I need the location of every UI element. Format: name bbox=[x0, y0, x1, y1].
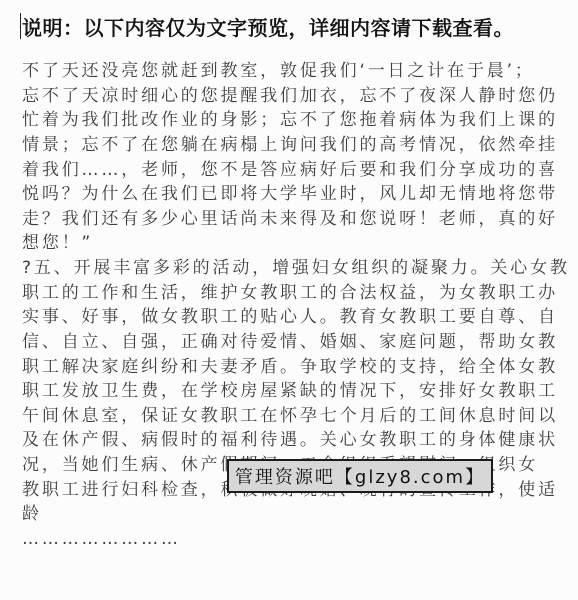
text-line: 信、自立、自强，正确对待爱情、婚姻、家庭问题，帮助女教 bbox=[22, 330, 570, 355]
text-line: 走？我们还有多少心里话尚未来得及和您说呀！老师，真的好 bbox=[22, 207, 570, 232]
text-line: 职工的工作和生活，维护女教职工的合法权益，为女教职工办 bbox=[22, 281, 570, 306]
text-line: 忙着为我们批改作业的身影；忘不了您拖着病体为我们上课的 bbox=[22, 108, 570, 133]
text-line: 实事、好事，做女教职工的贴心人。教育女教职工要自尊、自 bbox=[22, 305, 570, 330]
document-preview-page: 说明：以下内容仅为文字预览，详细内容请下载查看。 不了天还没亮您就赶到教室，敦促… bbox=[0, 0, 578, 600]
watermark-text: 管理资源吧【glzy8.com】 bbox=[235, 463, 485, 489]
text-line: 职工解决家庭纠纷和夫妻矛盾。争取学校的支持，给全体女教 bbox=[22, 355, 570, 380]
text-line: 情景；忘不了在您躺在病榻上询问我们的高考情况，依然牵挂 bbox=[22, 133, 570, 158]
text-line: 悦吗？为什么在我们已即将大学毕业时，风儿却无情地将您带 bbox=[22, 182, 570, 207]
text-line: 想您！” bbox=[22, 231, 570, 256]
text-line: 不了天还没亮您就赶到教室，敦促我们‘一日之计在于晨’； bbox=[22, 59, 570, 84]
text-caret bbox=[20, 13, 21, 39]
text-line: 职工发放卫生费，在学校房屋紧缺的情况下，安排好女教职工 bbox=[22, 379, 570, 404]
text-line: 忘不了天凉时细心的您提醒我们加衣，忘不了夜深人静时您仍 bbox=[22, 84, 570, 109]
text-line: 着我们……，老师，您不是答应病好后要和我们分享成功的喜 bbox=[22, 158, 570, 183]
text-line: …………………… bbox=[22, 527, 570, 552]
text-line: 午间休息室，保证女教职工在怀孕七个月后的工间休息时间以 bbox=[22, 404, 570, 429]
text-line: 及在休产假、病假时的福利待遇。关心女教职工的身体健康状 bbox=[22, 428, 570, 453]
preview-notice-header: 说明：以下内容仅为文字预览，详细内容请下载查看。 bbox=[22, 12, 514, 41]
text-line: 龄 bbox=[22, 502, 570, 527]
text-line: ?五、开展丰富多彩的活动，增强妇女组织的凝聚力。关心女教 bbox=[22, 256, 570, 281]
watermark-badge: 管理资源吧【glzy8.com】 bbox=[227, 459, 493, 493]
